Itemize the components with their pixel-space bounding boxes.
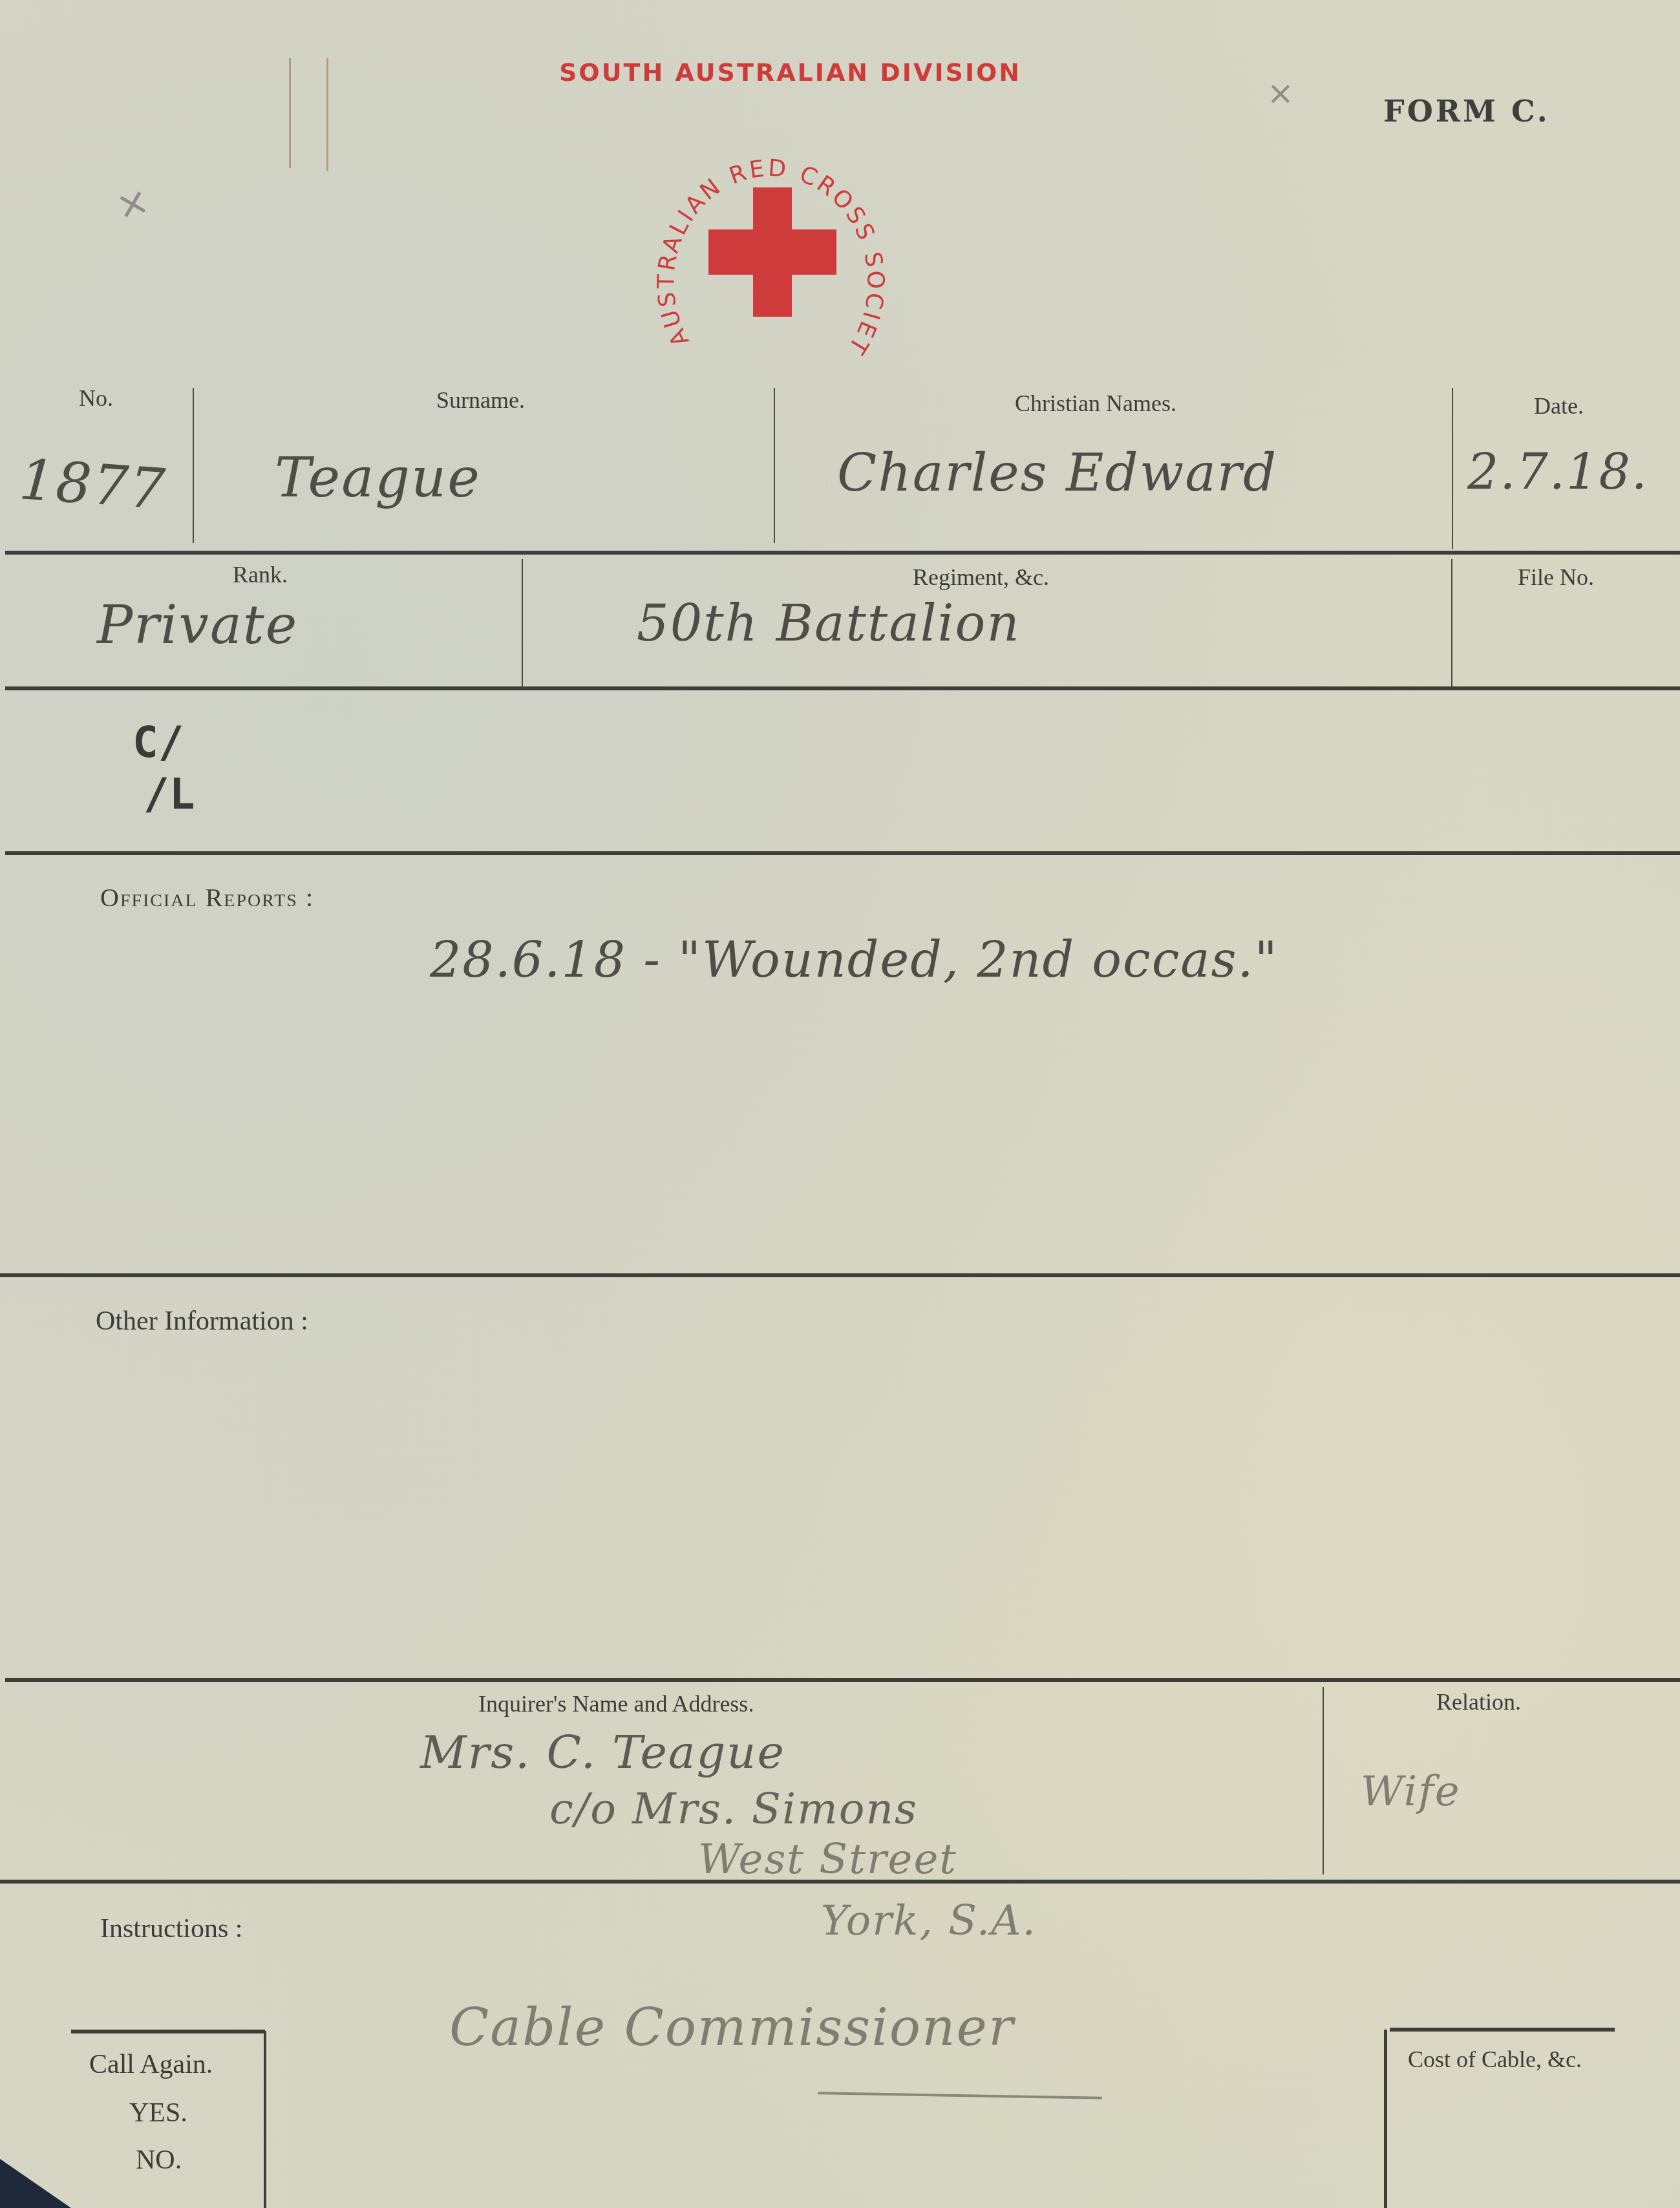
column-divider bbox=[1323, 1687, 1324, 1874]
column-divider bbox=[1451, 559, 1452, 688]
divider-rule bbox=[5, 851, 1680, 855]
rank-field[interactable]: Private bbox=[97, 595, 298, 656]
pen-stroke bbox=[818, 2092, 1102, 2099]
pencil-mark-icon: × bbox=[111, 178, 154, 230]
inquirer-address-line[interactable]: York, S.A. bbox=[821, 1897, 1037, 1945]
instructions-label: Instructions : bbox=[100, 1913, 242, 1944]
ink-stroke bbox=[289, 58, 291, 168]
divider-rule bbox=[0, 1880, 1680, 1884]
inquirer-name[interactable]: Mrs. C. Teague bbox=[420, 1726, 785, 1779]
pencil-mark-icon: × bbox=[1267, 74, 1294, 112]
date-field[interactable]: 2.7.18. bbox=[1467, 443, 1648, 500]
form-label: FORM C. bbox=[1383, 94, 1550, 129]
christian-names-label: Christian Names. bbox=[1015, 390, 1176, 417]
regiment-label: Regiment, &c. bbox=[913, 564, 1049, 591]
cost-box-top bbox=[1390, 2028, 1615, 2032]
date-label: Date. bbox=[1534, 392, 1584, 419]
cl-stamp-top: C/ bbox=[133, 717, 184, 767]
call-again-box-top bbox=[71, 2030, 265, 2033]
surname-label: Surname. bbox=[436, 387, 525, 414]
rank-label: Rank. bbox=[233, 561, 288, 588]
divider-rule bbox=[0, 1273, 1680, 1277]
no-label: No. bbox=[79, 385, 113, 412]
cost-box-side bbox=[1384, 2030, 1387, 2208]
instructions-field[interactable]: Cable Commissioner bbox=[449, 1997, 1014, 2057]
cl-stamp-bottom: /L bbox=[144, 769, 195, 819]
cost-of-cable-label: Cost of Cable, &c. bbox=[1408, 2046, 1582, 2073]
call-again-box-side bbox=[264, 2031, 266, 2208]
divider-rule bbox=[5, 1678, 1680, 1682]
other-information-label: Other Information : bbox=[96, 1306, 308, 1337]
divider-rule bbox=[5, 551, 1680, 555]
inquirer-address-line[interactable]: c/o Mrs. Simons bbox=[549, 1784, 918, 1834]
red-cross-logo: AUSTRALIAN RED CROSS SOCIETY bbox=[633, 126, 905, 372]
division-heading: SOUTH AUSTRALIAN DIVISION bbox=[559, 58, 1021, 87]
inquirer-label: Inquirer's Name and Address. bbox=[478, 1690, 754, 1717]
column-divider bbox=[193, 388, 194, 543]
regiment-field[interactable]: 50th Battalion bbox=[637, 595, 1021, 653]
call-again-no[interactable]: NO. bbox=[136, 2145, 182, 2176]
call-again-label: Call Again. bbox=[89, 2049, 213, 2080]
column-divider bbox=[1452, 388, 1453, 549]
surname-field[interactable]: Teague bbox=[275, 446, 481, 509]
column-divider bbox=[522, 559, 523, 688]
official-reports-label: Official Reports : bbox=[100, 882, 314, 913]
christian-names-field[interactable]: Charles Edward bbox=[837, 443, 1277, 503]
official-reports-entry[interactable]: 28.6.18 - "Wounded, 2nd occas." bbox=[430, 931, 1279, 988]
inquirer-address-line[interactable]: West Street bbox=[698, 1836, 957, 1884]
relation-field[interactable]: Wife bbox=[1361, 1768, 1461, 1816]
column-divider bbox=[774, 388, 775, 543]
divider-rule bbox=[5, 686, 1680, 690]
ink-stroke bbox=[326, 58, 328, 171]
call-again-yes[interactable]: YES. bbox=[129, 2097, 187, 2128]
red-cross-icon: AUSTRALIAN RED CROSS SOCIETY bbox=[633, 126, 905, 372]
page-corner bbox=[0, 2159, 71, 2208]
file-no-label: File No. bbox=[1518, 564, 1594, 591]
relation-label: Relation. bbox=[1436, 1688, 1521, 1715]
no-field[interactable]: 1877 bbox=[17, 447, 168, 522]
